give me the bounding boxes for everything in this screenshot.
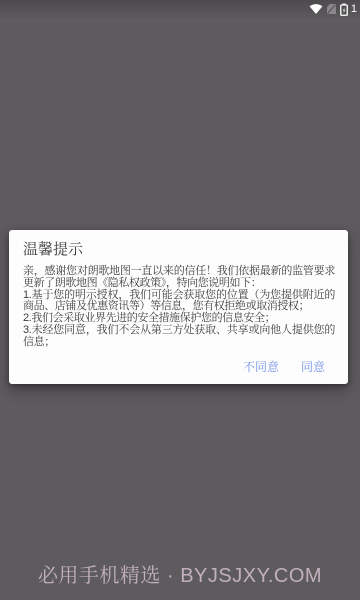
watermark-text: 必用手机精选 · BYJSJXY.COM	[0, 558, 360, 588]
dialog-title: 温馨提示	[9, 239, 348, 260]
dialog-message: 亲，感谢您对朗歌地图一直以来的信任！我们依据最新的监管要求更新了朗歌地图《隐私权…	[9, 260, 348, 349]
disagree-button[interactable]: 不同意	[234, 352, 288, 381]
dialog-actions: 不同意 同意	[9, 349, 348, 384]
agree-button[interactable]: 同意	[292, 352, 334, 381]
privacy-dialog: 温馨提示 亲，感谢您对朗歌地图一直以来的信任！我们依据最新的监管要求更新了朗歌地…	[9, 230, 348, 384]
